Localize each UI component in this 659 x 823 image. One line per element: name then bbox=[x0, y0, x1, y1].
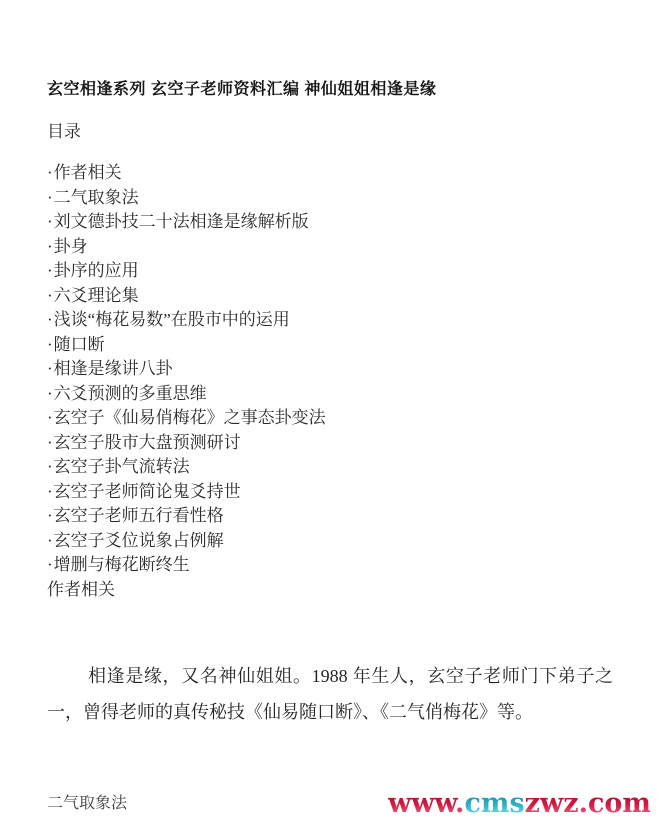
watermark-segment: zwz.com bbox=[525, 788, 651, 819]
bullet-dot: · bbox=[47, 186, 53, 211]
bullet-dot: · bbox=[47, 259, 53, 284]
toc-item: ·玄空子卦气流转法 bbox=[47, 455, 326, 480]
toc-item-label: 二气取象法 bbox=[54, 188, 139, 207]
toc-item: ·作者相关 bbox=[47, 161, 326, 186]
toc-item-label: 卦身 bbox=[54, 237, 88, 256]
toc-item-label: 六爻理论集 bbox=[54, 286, 139, 305]
watermark-segment-highlight: cms bbox=[464, 788, 524, 819]
toc-item-label: 玄空子爻位说象占例解 bbox=[54, 531, 224, 550]
bullet-dot: · bbox=[47, 455, 53, 480]
toc-item-label: 随口断 bbox=[54, 335, 105, 354]
toc-item-label: 增删与梅花断终生 bbox=[54, 555, 190, 574]
page-title: 玄空相逢系列 玄空子老师资料汇编 神仙姐姐相逢是缘 bbox=[47, 76, 436, 99]
toc-item: ·玄空子老师简论鬼爻持世 bbox=[47, 480, 326, 505]
toc-item-label: 浅谈“梅花易数”在股市中的运用 bbox=[54, 310, 290, 329]
bullet-dot: · bbox=[47, 333, 53, 358]
bullet-dot: · bbox=[47, 504, 53, 529]
toc-item-label: 玄空子《仙易俏梅花》之事态卦变法 bbox=[54, 408, 326, 427]
toc-item: ·玄空子老师五行看性格 bbox=[47, 504, 326, 529]
bullet-dot: · bbox=[47, 382, 53, 407]
watermark-segment: www. bbox=[388, 788, 464, 819]
bullet-dot: · bbox=[47, 357, 53, 382]
toc-item: ·卦身 bbox=[47, 235, 326, 260]
toc-item: ·增删与梅花断终生 bbox=[47, 553, 326, 578]
toc-block: ·作者相关 ·二气取象法 ·刘文德卦技二十法相逢是缘解析版 ·卦身 ·卦序的应用… bbox=[47, 161, 326, 602]
bullet-dot: · bbox=[47, 284, 53, 309]
bullet-dot: · bbox=[47, 553, 53, 578]
bullet-dot: · bbox=[47, 161, 53, 186]
watermark-url: www.cmszwz.com bbox=[388, 789, 651, 819]
toc-item-label: 玄空子股市大盘预测研讨 bbox=[54, 433, 241, 452]
toc-item-label: 刘文德卦技二十法相逢是缘解析版 bbox=[54, 212, 309, 231]
toc-item: ·六爻预测的多重思维 bbox=[47, 382, 326, 407]
toc-item-label: 玄空子老师五行看性格 bbox=[54, 506, 224, 525]
toc-item-label: 六爻预测的多重思维 bbox=[54, 384, 207, 403]
toc-item: ·玄空子《仙易俏梅花》之事态卦变法 bbox=[47, 406, 326, 431]
toc-heading: 目录 bbox=[47, 117, 81, 142]
toc-item-label: 玄空子老师简论鬼爻持世 bbox=[54, 482, 241, 501]
toc-item-label: 相逢是缘讲八卦 bbox=[54, 359, 173, 378]
section-heading-author: 作者相关 bbox=[47, 578, 326, 603]
toc-item-label: 玄空子卦气流转法 bbox=[54, 457, 190, 476]
bullet-dot: · bbox=[47, 431, 53, 456]
section-heading-next: 二气取象法 bbox=[47, 790, 127, 813]
bullet-dot: · bbox=[47, 406, 53, 431]
toc-item: ·二气取象法 bbox=[47, 186, 326, 211]
toc-item: ·玄空子爻位说象占例解 bbox=[47, 529, 326, 554]
toc-item: ·相逢是缘讲八卦 bbox=[47, 357, 326, 382]
intro-paragraph: 相逢是缘，又名神仙姐姐。1988 年生人，玄空子老师门下弟子之一，曾得老师的真传… bbox=[47, 659, 613, 730]
toc-item: ·卦序的应用 bbox=[47, 259, 326, 284]
toc-item: ·玄空子股市大盘预测研讨 bbox=[47, 431, 326, 456]
toc-item: ·刘文德卦技二十法相逢是缘解析版 bbox=[47, 210, 326, 235]
toc-list: ·作者相关 ·二气取象法 ·刘文德卦技二十法相逢是缘解析版 ·卦身 ·卦序的应用… bbox=[47, 161, 326, 578]
bullet-dot: · bbox=[47, 210, 53, 235]
bullet-dot: · bbox=[47, 235, 53, 260]
bullet-dot: · bbox=[47, 529, 53, 554]
document-page: 玄空相逢系列 玄空子老师资料汇编 神仙姐姐相逢是缘 目录 ·作者相关 ·二气取象… bbox=[0, 0, 659, 823]
toc-item: ·随口断 bbox=[47, 333, 326, 358]
toc-item: ·浅谈“梅花易数”在股市中的运用 bbox=[47, 308, 326, 333]
bullet-dot: · bbox=[47, 308, 53, 333]
bullet-dot: · bbox=[47, 480, 53, 505]
toc-item-label: 卦序的应用 bbox=[54, 261, 139, 280]
toc-item: ·六爻理论集 bbox=[47, 284, 326, 309]
toc-item-label: 作者相关 bbox=[54, 163, 122, 182]
